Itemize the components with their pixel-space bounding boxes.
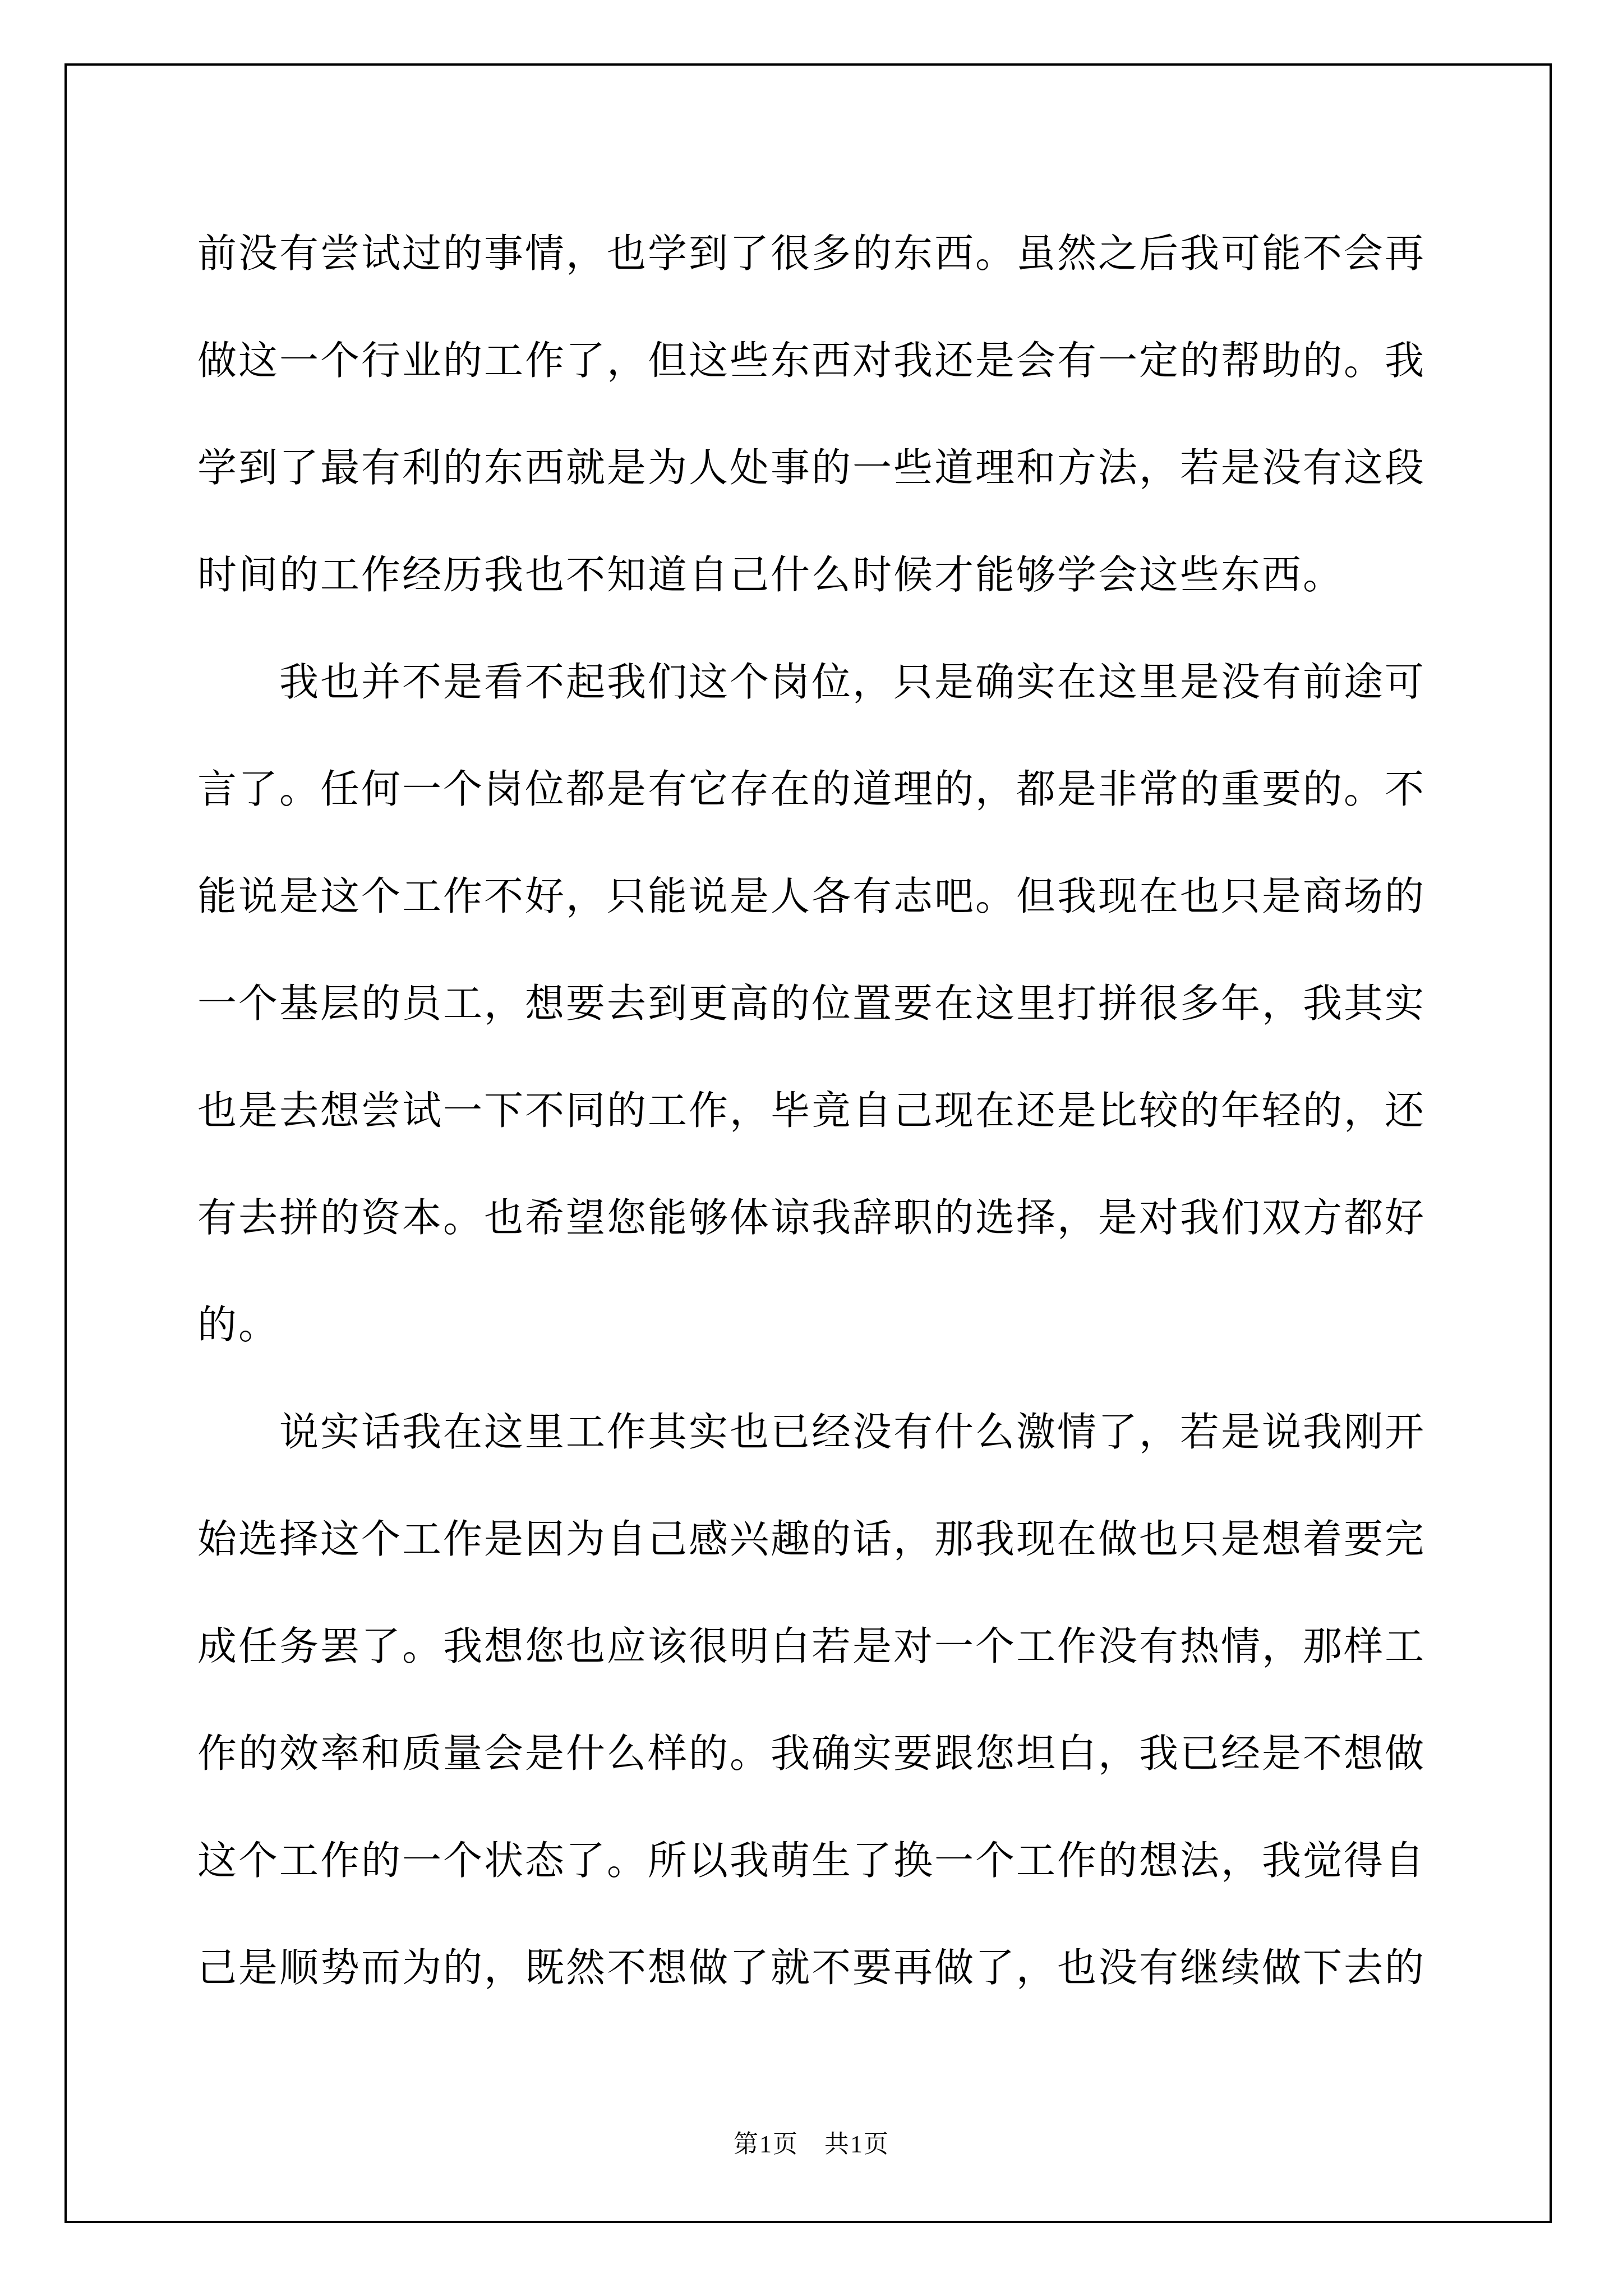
text-line: 能说是这个工作不好，只能说是人各有志吧。但我现在也只是商场的: [197, 844, 1426, 951]
paragraph: 前没有尝试过的事情，也学到了很多的东西。虽然之后我可能不会再做这一个行业的工作了…: [197, 201, 1426, 629]
document-body: 前没有尝试过的事情，也学到了很多的东西。虽然之后我可能不会再做这一个行业的工作了…: [197, 201, 1426, 2022]
text-line: 言了。任何一个岗位都是有它存在的道理的，都是非常的重要的。不: [197, 737, 1426, 844]
text-line: 己是顺势而为的，既然不想做了就不要再做了，也没有继续做下去的: [197, 1915, 1426, 2022]
text-line: 前没有尝试过的事情，也学到了很多的东西。虽然之后我可能不会再: [197, 201, 1426, 308]
text-line: 这个工作的一个状态了。所以我萌生了换一个工作的想法，我觉得自: [197, 1808, 1426, 1915]
paragraph: 说实话我在这里工作其实也已经没有什么激情了，若是说我刚开始选择这个工作是因为自己…: [197, 1379, 1426, 2022]
text-line: 做这一个行业的工作了，但这些东西对我还是会有一定的帮助的。我: [197, 308, 1426, 415]
text-line: 时间的工作经历我也不知道自己什么时候才能够学会这些东西。: [197, 522, 1426, 629]
text-line: 作的效率和质量会是什么样的。我确实要跟您坦白，我已经是不想做: [197, 1701, 1426, 1808]
document-page: { "page": { "background_color": "#ffffff…: [0, 0, 1623, 2296]
page-number-text: 第1页 共1页: [734, 2131, 889, 2158]
text-line: 的。: [197, 1272, 1426, 1379]
text-line: 学到了最有利的东西就是为人处事的一些道理和方法，若是没有这段: [197, 415, 1426, 522]
text-line: 有去拼的资本。也希望您能够体谅我辞职的选择，是对我们双方都好: [197, 1165, 1426, 1272]
text-line: 始选择这个工作是因为自己感兴趣的话，那我现在做也只是想着要完: [197, 1487, 1426, 1594]
text-line: 成任务罢了。我想您也应该很明白若是对一个工作没有热情，那样工: [197, 1594, 1426, 1701]
page-footer: 第1页 共1页: [0, 2130, 1623, 2159]
text-line: 一个基层的员工，想要去到更高的位置要在这里打拼很多年，我其实: [197, 951, 1426, 1058]
paragraph: 我也并不是看不起我们这个岗位，只是确实在这里是没有前途可言了。任何一个岗位都是有…: [197, 629, 1426, 1379]
text-line: 说实话我在这里工作其实也已经没有什么激情了，若是说我刚开: [197, 1379, 1426, 1487]
text-line: 也是去想尝试一下不同的工作，毕竟自己现在还是比较的年轻的，还: [197, 1058, 1426, 1165]
text-line: 我也并不是看不起我们这个岗位，只是确实在这里是没有前途可: [197, 629, 1426, 737]
